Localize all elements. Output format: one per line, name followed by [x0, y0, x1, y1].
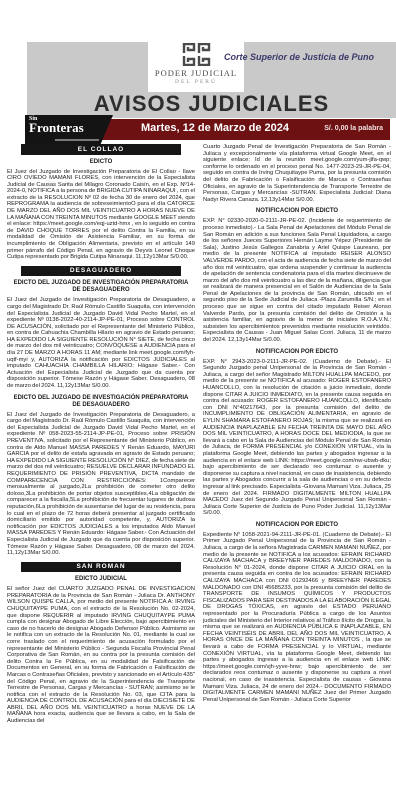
page-title: AVISOS JUDICIALES	[27, 91, 396, 117]
notice-heading: NOTIFICACION POR EDICTO	[207, 522, 387, 529]
left-column: EL COLLAO EDICTO El Juez del Juzgado de …	[7, 144, 195, 730]
poder-judicial-logo: PODER JUDICIAL DEL PERÚ	[148, 40, 244, 92]
pj-monogram-icon	[182, 43, 211, 66]
notice-heading: EDICTO DEL JUZGADO DE INVESTIGACIÓN PREP…	[11, 280, 191, 294]
logo-title: PODER JUDICIAL	[155, 68, 237, 78]
notices-columns: EL COLLAO EDICTO El Juez del Juzgado de …	[7, 144, 391, 730]
notice-paragraph: Cuarto Juzgado Penal de Investigación Pr…	[203, 144, 391, 203]
logo-subtitle: DEL PERÚ	[175, 79, 217, 85]
court-name: Corte Superior de Justicia de Puno	[224, 52, 374, 62]
notice-paragraph: EXP. N° 2943-2023-0-2111-JR-PE-02. (Cuad…	[203, 359, 391, 517]
section-bar-el-collao: EL COLLAO	[21, 144, 181, 155]
notice-paragraph: El Juez del Juzgado de Investigación Pre…	[7, 412, 195, 557]
notice-heading: EDICTO DEL JUZGADO DE INVESTIGACIÓN PREP…	[11, 395, 191, 409]
notice-heading: EDICTO	[11, 159, 191, 166]
price-per-word: S/. 0,00 la palabra	[324, 125, 383, 132]
notice-paragraph: El señor Juez del CUARTO JUZGADO PENAL D…	[7, 586, 195, 724]
notice-paragraph: Expediente N° 1058-2021-94-2111-JR-PE-01…	[203, 532, 391, 703]
notice-heading: NOTIFICACION POR EDICTO	[207, 349, 387, 356]
issue-date: Martes, 12 de Marzo de 2024	[115, 122, 315, 134]
right-column: Cuarto Juzgado Penal de Investigación Pr…	[203, 144, 391, 730]
notice-paragraph: EXP. N° 02330-2020-0-2111-JR-PE-02. (Inc…	[203, 218, 391, 343]
newspaper-page: PODER JUDICIAL DEL PERÚ Corte Superior d…	[0, 0, 396, 792]
notice-heading: NOTIFICACION POR EDICTO	[207, 208, 387, 215]
notice-paragraph: El Juez del Juzgado de Investigación Pre…	[7, 297, 195, 389]
newspaper-tagline-rule	[55, 139, 99, 141]
notice-paragraph: El Juez del Juzgado de Investigación Pre…	[7, 169, 195, 261]
section-bar-san-roman: SAN ROMAN	[21, 562, 181, 573]
sin-fronteras-logo: Sin Fronteras	[25, 115, 113, 144]
notice-heading: EDICTO JUDICIAL	[11, 576, 191, 583]
newspaper-name: Fronteras	[29, 122, 113, 134]
date-bar: Sin Fronteras Martes, 12 de Marzo de 202…	[25, 119, 390, 140]
masthead: PODER JUDICIAL DEL PERÚ Corte Superior d…	[27, 42, 396, 118]
section-bar-desaguadero: DESAGUADERO	[21, 266, 181, 277]
